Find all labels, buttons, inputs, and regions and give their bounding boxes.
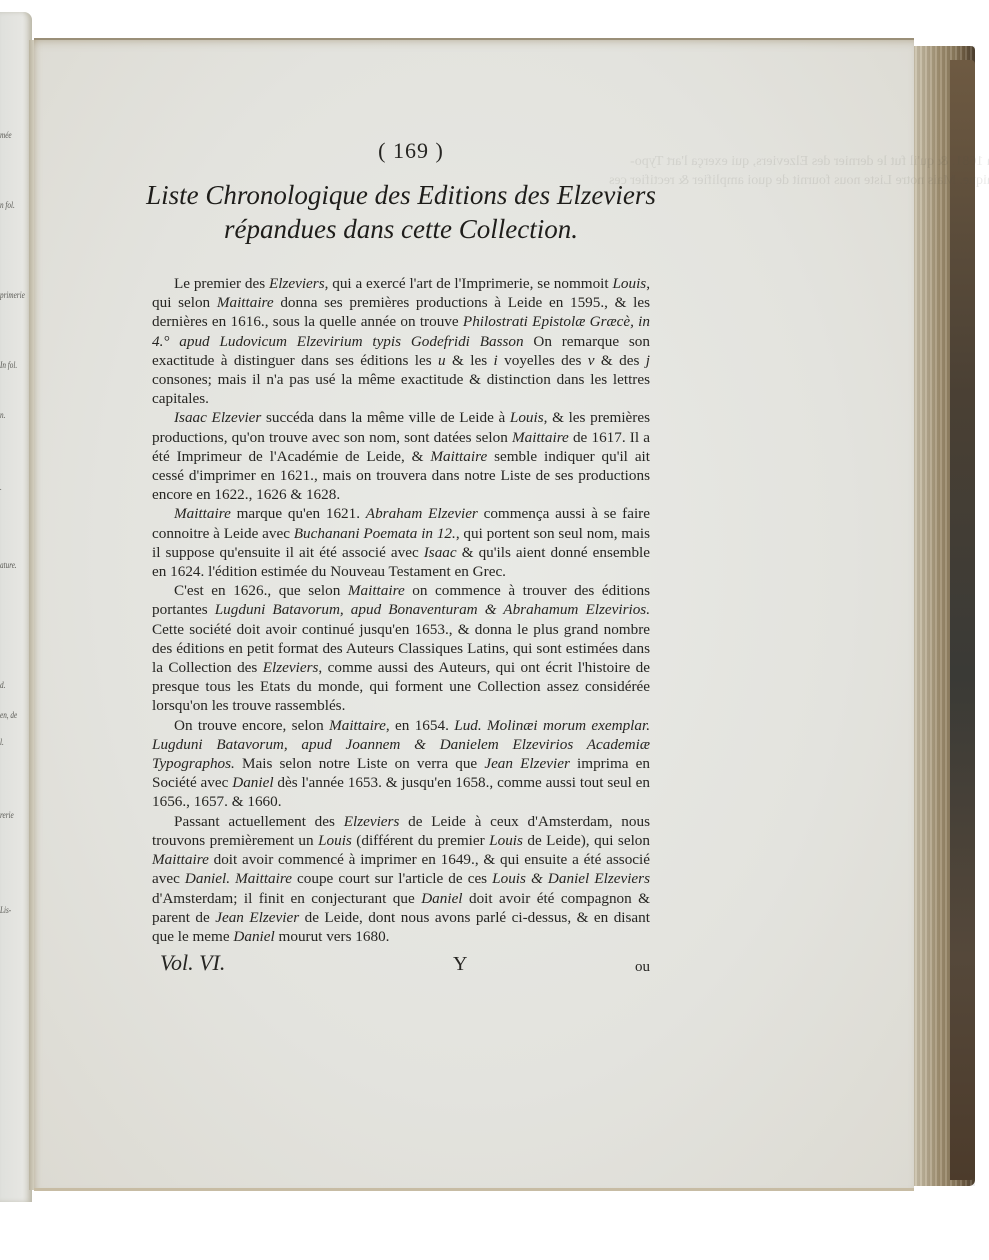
- italic-text: Jean Elzevier: [484, 755, 570, 772]
- italic-text: Maittaire: [348, 582, 405, 599]
- italic-text: Abraham Elzevier: [366, 505, 478, 522]
- text-run: & les: [446, 352, 494, 369]
- page-footer: Vol. VI. Y ou: [152, 950, 650, 976]
- text-run: , qui a exercé l'art de l'Imprimerie, se…: [325, 275, 613, 292]
- book-cover-edge: [950, 60, 975, 1180]
- body-paragraph: Le premier des Elzeviers, qui a exercé l…: [152, 274, 650, 408]
- text-run: voyelles des: [498, 352, 588, 369]
- italic-text: Maittaire: [512, 429, 569, 446]
- left-page-margin-note: l.: [0, 737, 4, 747]
- italic-text: u: [438, 352, 446, 369]
- text-run: Passant actuellement des: [174, 813, 344, 830]
- body-paragraph: C'est en 1626., que selon Maittaire on c…: [152, 581, 650, 715]
- page-title: Liste Chronologique des Editions des Elz…: [138, 178, 664, 246]
- text-run: C'est en 1626., que selon: [174, 582, 348, 599]
- italic-text: Louis: [612, 275, 646, 292]
- italic-text: Maittaire: [217, 294, 274, 311]
- italic-text: Elzeviers: [344, 813, 400, 830]
- italic-text: Daniel.: [185, 870, 230, 887]
- text-run: Mais selon notre Liste on verra que: [235, 755, 484, 772]
- italic-text: v: [588, 352, 595, 369]
- italic-text: Isaac Elzevier: [174, 409, 261, 426]
- italic-text: Maittaire: [430, 448, 487, 465]
- page-content: ( 169 ) Liste Chronologique des Editions…: [152, 138, 650, 976]
- left-page-margin-note: rerie: [0, 810, 14, 820]
- text-run: succéda dans la même ville de Leide à: [261, 409, 510, 426]
- italic-text: Maittaire: [174, 505, 231, 522]
- italic-text: Daniel: [421, 890, 462, 907]
- italic-text: j: [646, 352, 650, 369]
- left-page-margin-note: In fol.: [0, 360, 17, 370]
- italic-text: Maittaire: [329, 717, 386, 734]
- left-page-margin-note: primerie: [0, 290, 25, 300]
- text-run: , en 1654.: [386, 717, 454, 734]
- left-page-margin-note: mée: [0, 130, 12, 140]
- left-page-margin-note: Lis-: [0, 905, 11, 915]
- text-run: de Leide), qui selon: [523, 832, 650, 849]
- italic-text: Lugduni Batavorum, apud Bonaventuram & A…: [215, 601, 650, 618]
- left-page-margin-note: en, de: [0, 710, 17, 720]
- italic-text: Louis: [318, 832, 352, 849]
- facing-left-page: méen fol.primerieIn fol.n..ature.d.en, d…: [0, 12, 32, 1202]
- italic-text: Jean Elzevier: [215, 909, 299, 926]
- text-run: mourut vers 1680.: [275, 928, 390, 945]
- italic-text: Maittaire: [152, 851, 209, 868]
- volume-signature: Vol. VI.: [160, 950, 225, 976]
- body-paragraph: Isaac Elzevier succéda dans la même vill…: [152, 408, 650, 504]
- italic-text: Elzeviers: [263, 659, 319, 676]
- left-page-margin-note: n.: [0, 410, 5, 420]
- italic-text: Louis: [510, 409, 544, 426]
- text-run: (différent du premier: [352, 832, 489, 849]
- text-run: d'Amsterdam; il finit en conjecturant qu…: [152, 890, 421, 907]
- italic-text: Maittaire: [235, 870, 292, 887]
- text-run: marque qu'en 1621.: [231, 505, 366, 522]
- body-paragraph: Maittaire marque qu'en 1621. Abraham Elz…: [152, 504, 650, 581]
- body-text: Le premier des Elzeviers, qui a exercé l…: [152, 274, 650, 946]
- signature-mark: Y: [453, 953, 467, 976]
- catchword: ou: [635, 959, 650, 976]
- body-paragraph: On trouve encore, selon Maittaire, en 16…: [152, 716, 650, 812]
- left-page-margin-note: n fol.: [0, 200, 15, 210]
- italic-text: Isaac: [424, 544, 457, 561]
- left-page-margin-note: .: [0, 482, 2, 492]
- italic-text: Louis & Daniel Elzeviers: [492, 870, 650, 887]
- page-number: ( 169 ): [172, 138, 650, 164]
- title-line-2: répandues dans cette Collection.: [138, 212, 664, 246]
- italic-text: Buchanani Poemata in 12.: [294, 525, 456, 542]
- body-paragraph: Passant actuellement des Elzeviers de Le…: [152, 812, 650, 946]
- italic-text: Daniel: [233, 928, 274, 945]
- text-run: Le premier des: [174, 275, 269, 292]
- italic-text: Daniel: [232, 774, 273, 791]
- text-run: On trouve encore, selon: [174, 717, 329, 734]
- bleed-through-text: on 1681. & qu'il fut le dernier des Elze…: [609, 152, 989, 190]
- left-page-margin-note: ature.: [0, 560, 17, 570]
- text-run: coupe court sur l'article de ces: [292, 870, 492, 887]
- text-run: & des: [595, 352, 646, 369]
- italic-text: Louis: [489, 832, 523, 849]
- left-page-margin-note: d.: [0, 680, 5, 690]
- italic-text: Elzeviers: [269, 275, 325, 292]
- book-page: on 1681. & qu'il fut le dernier des Elze…: [34, 38, 914, 1191]
- text-run: consones; mais il n'a pas usé la même ex…: [152, 371, 650, 407]
- title-line-1: Liste Chronologique des Editions des Elz…: [138, 178, 664, 212]
